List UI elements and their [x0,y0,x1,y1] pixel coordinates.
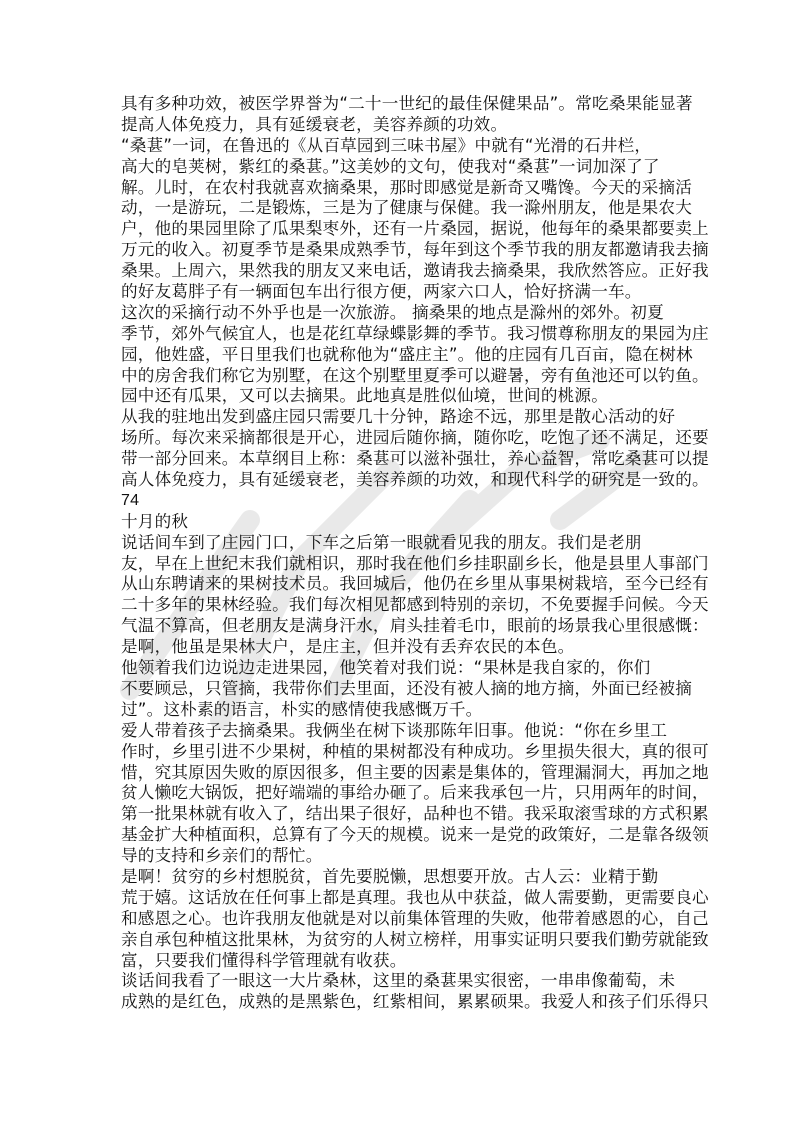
document-body: 具有多种功效，被医学界誉为“二十一世纪的最佳保健果品”。常吃桑果能显著 提高人体… [121,94,681,1013]
text-line: 是啊！贫穷的乡村想脱贫，首先要脱懒，思想要开放。古人云：业精于勤 [121,867,681,888]
text-line: 高人体免疫力，具有延缓衰老，美容养颜的功效，和现代科学的研究是一致的。 [121,470,681,491]
text-line: 提高人体免疫力，具有延缓衰老，美容养颜的功效。 [121,115,681,136]
text-line: 第一批果林就有收入了，结出果子很好，品种也不错。我采取滚雪球的方式积累 [121,804,681,825]
text-line: 说话间车到了庄园门口，下车之后第一眼就看见我的朋友。我们是老朋 [121,533,681,554]
text-line: 贫人懒吃大锅饭，把好端端的事给办砸了。后来我承包一片，只用两年的时间， [121,783,681,804]
text-line: 富，只要我们懂得科学管理就有收获。 [121,951,681,972]
section-title: 十月的秋 [121,512,681,533]
text-line: 是啊，他虽是果林大户，是庄主，但并没有丢弃农民的本色。 [121,637,681,658]
text-line: 中的房舍我们称它为别墅，在这个别墅里夏季可以避暑，旁有鱼池还可以钓鱼。 [121,366,681,387]
text-line: 导的支持和乡亲们的帮忙。 [121,846,681,867]
text-line: “桑葚”一词，在鲁迅的《从百草园到三味书屋》中就有“光滑的石井栏， [121,136,681,157]
text-line: 带一部分回来。本草纲目上称：桑葚可以滋补强壮，养心益智，常吃桑葚可以提 [121,449,681,470]
text-line: 不要顾忌，只管摘，我带你们去里面，还没有被人摘的地方摘，外面已经被摘 [121,679,681,700]
text-line: 惜，究其原因失败的原因很多，但主要的因素是集体的，管理漏洞大，再加之地 [121,763,681,784]
text-line: 具有多种功效，被医学界誉为“二十一世纪的最佳保健果品”。常吃桑果能显著 [121,94,681,115]
text-line: 这次的采摘行动不外乎也是一次旅游。 摘桑果的地点是滁州的郊外。初夏 [121,303,681,324]
text-line: 荒于嬉。这话放在任何事上都是真理。我也从中获益，做人需要勤，更需要良心 [121,888,681,909]
text-line: 气温不算高，但老朋友是满身汗水，肩头挂着毛巾，眼前的场景我心里很感慨： [121,616,681,637]
text-line: 谈话间我看了一眼这一大片桑林，这里的桑葚果实很密，一串串像葡萄，未 [121,971,681,992]
text-line: 园，他姓盛，平日里我们也就称他为“盛庄主”。他的庄园有几百亩，隐在树林 [121,345,681,366]
text-line: 亲自承包种植这批果林，为贫穷的人树立榜样，用事实证明只要我们勤劳就能致 [121,930,681,951]
text-line: 高大的皂荚树，紫红的桑葚。”这美妙的文句，使我对“桑葚”一词加深了了 [121,157,681,178]
text-line: 园中还有瓜果，又可以去摘果。此地真是胜似仙境，世间的桃源。 [121,386,681,407]
text-line: 场所。每次来采摘都很是开心，进园后随你摘，随你吃，吃饱了还不满足，还要 [121,428,681,449]
text-line: 他领着我们边说边走进果园，他笑着对我们说：“果林是我自家的，你们 [121,658,681,679]
text-line: 成熟的是红色，成熟的是黑紫色，红紫相间，累累硕果。我爱人和孩子们乐得只 [121,992,681,1013]
page-number: 74 [121,491,681,512]
text-line: 友，早在上世纪末我们就相识，那时我在他们乡挂职副乡长，他是县里人事部门 [121,554,681,575]
text-line: 爱人带着孩子去摘桑果。我俩坐在树下谈那陈年旧事。他说：“你在乡里工 [121,721,681,742]
text-line: 桑果。上周六，果然我的朋友又来电话，邀请我去摘桑果，我欣然答应。正好我 [121,261,681,282]
text-line: 过”。这朴素的语言，朴实的感情使我感慨万千。 [121,700,681,721]
text-line: 从我的驻地出发到盛庄园只需要几十分钟，路途不远，那里是散心活动的好 [121,407,681,428]
text-line: 基金扩大种植面积，总算有了今天的规模。说来一是党的政策好，二是靠各级领 [121,825,681,846]
text-line: 解。儿时，在农村我就喜欢摘桑果，那时即感觉是新奇又嘴馋。今天的采摘活 [121,178,681,199]
text-line: 动，一是游玩，二是锻炼，三是为了健康与保健。我一滁州朋友，他是果农大 [121,198,681,219]
text-line: 和感恩之心。也许我朋友他就是对以前集体管理的失败，他带着感恩的心，自己 [121,909,681,930]
text-line: 的好友葛胖子有一辆面包车出行很方便，两家六口人，恰好挤满一车。 [121,282,681,303]
text-line: 万元的收入。初夏季节是桑果成熟季节，每年到这个季节我的朋友都邀请我去摘 [121,240,681,261]
text-line: 户，他的果园里除了瓜果梨枣外，还有一片桑园，据说，他每年的桑果都要卖上 [121,219,681,240]
text-line: 季节，郊外气候宜人，也是花红草绿蝶影舞的季节。我习惯尊称朋友的果园为庄 [121,324,681,345]
text-line: 作时，乡里引进不少果树，种植的果树都没有种成功。乡里损失很大，真的很可 [121,742,681,763]
text-line: 从山东聘请来的果树技术员。我回城后，他仍在乡里从事果树栽培，至今已经有 [121,574,681,595]
text-line: 二十多年的果林经验。我们每次相见都感到特别的亲切，不免要握手问候。今天 [121,595,681,616]
